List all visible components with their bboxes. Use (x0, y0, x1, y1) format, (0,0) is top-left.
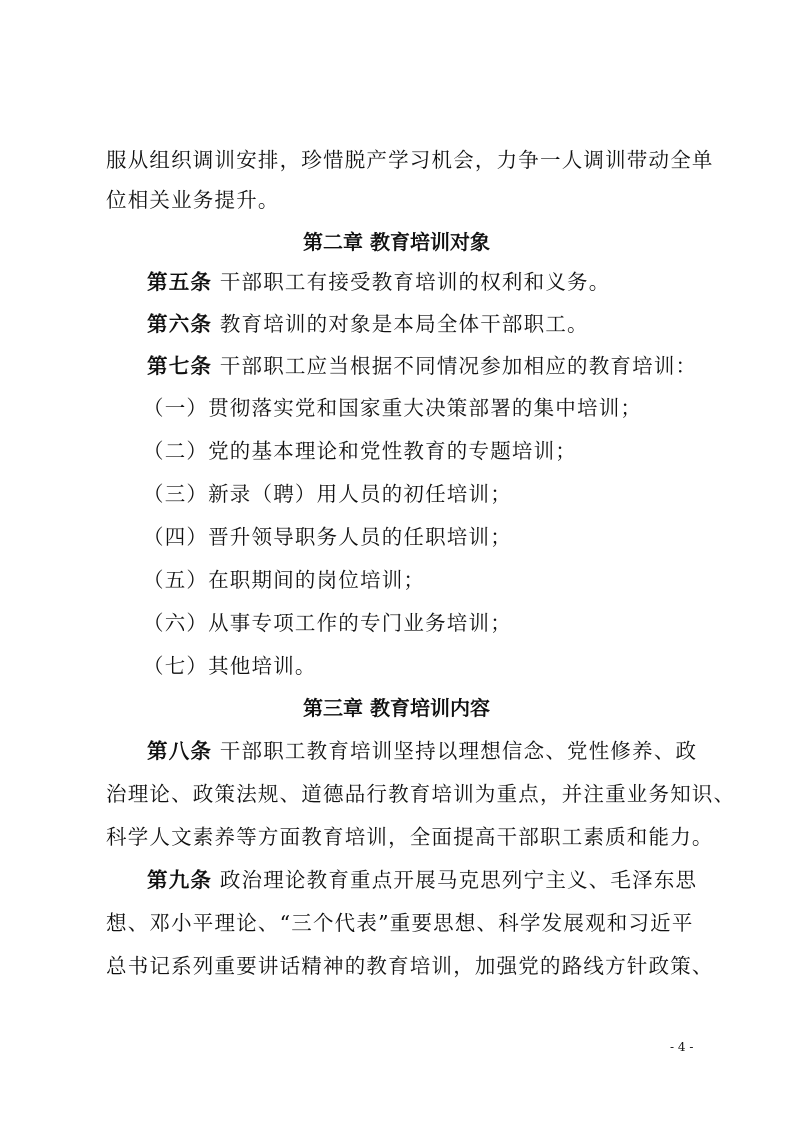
article-label: 第六条 (147, 312, 212, 336)
list-item: （一）贯彻落实党和国家重大决策部署的集中培训； (143, 394, 728, 422)
list-item: （五）在职期间的岗位培训； (143, 566, 728, 594)
chapter-heading: 第二章 教育培训对象 (0, 228, 793, 256)
article-label: 第五条 (147, 270, 212, 294)
document-page: 服从组织调训安排，珍惜脱产学习机会，力争一人调训带动全单 位相关业务提升。 第二… (0, 0, 793, 1122)
article-label: 第九条 (147, 868, 212, 892)
chapter-heading: 第三章 教育培训内容 (0, 694, 793, 722)
article-label: 第八条 (147, 739, 212, 763)
article-text: 政治理论教育重点开展马克思列宁主义、毛泽东思 (212, 868, 697, 892)
list-item: （四）晋升领导职务人员的任职培训； (143, 523, 728, 551)
paragraph-line: 科学人文素养等方面教育培训，全面提高干部职工素质和能力。 (106, 823, 691, 851)
paragraph-line: 想、邓小平理论、“三个代表”重要思想、科学发展观和习近平 (106, 909, 691, 937)
article-text: 教育培训的对象是本局全体干部职工。 (212, 312, 589, 336)
paragraph-line: 治理论、政策法规、道德品行教育培训为重点，并注重业务知识、 (106, 780, 691, 808)
list-item: （三）新录（聘）用人员的初任培训； (143, 480, 728, 508)
list-item: （七）其他培训。 (143, 652, 728, 680)
article-label: 第七条 (147, 354, 212, 378)
list-item: （二）党的基本理论和党性教育的专题培训； (143, 437, 728, 465)
article-7: 第七条 干部职工应当根据不同情况参加相应的教育培训： (147, 352, 732, 380)
article-text: 干部职工教育培训坚持以理想信念、党性修养、政 (212, 739, 697, 763)
article-6: 第六条 教育培训的对象是本局全体干部职工。 (147, 310, 732, 338)
article-text: 干部职工应当根据不同情况参加相应的教育培训： (212, 354, 697, 378)
paragraph-line: 位相关业务提升。 (106, 186, 691, 214)
article-text: 干部职工有接受教育培训的权利和义务。 (212, 270, 610, 294)
paragraph-line: 总书记系列重要讲话精神的教育培训，加强党的路线方针政策、 (106, 952, 691, 980)
article-8: 第八条 干部职工教育培训坚持以理想信念、党性修养、政 (147, 737, 732, 765)
article-5: 第五条 干部职工有接受教育培训的权利和义务。 (147, 268, 732, 296)
article-9: 第九条 政治理论教育重点开展马克思列宁主义、毛泽东思 (147, 866, 732, 894)
list-item: （六）从事专项工作的专门业务培训； (143, 609, 728, 637)
paragraph-line: 服从组织调训安排，珍惜脱产学习机会，力争一人调训带动全单 (106, 146, 691, 174)
page-number: - 4 - (670, 1040, 693, 1054)
